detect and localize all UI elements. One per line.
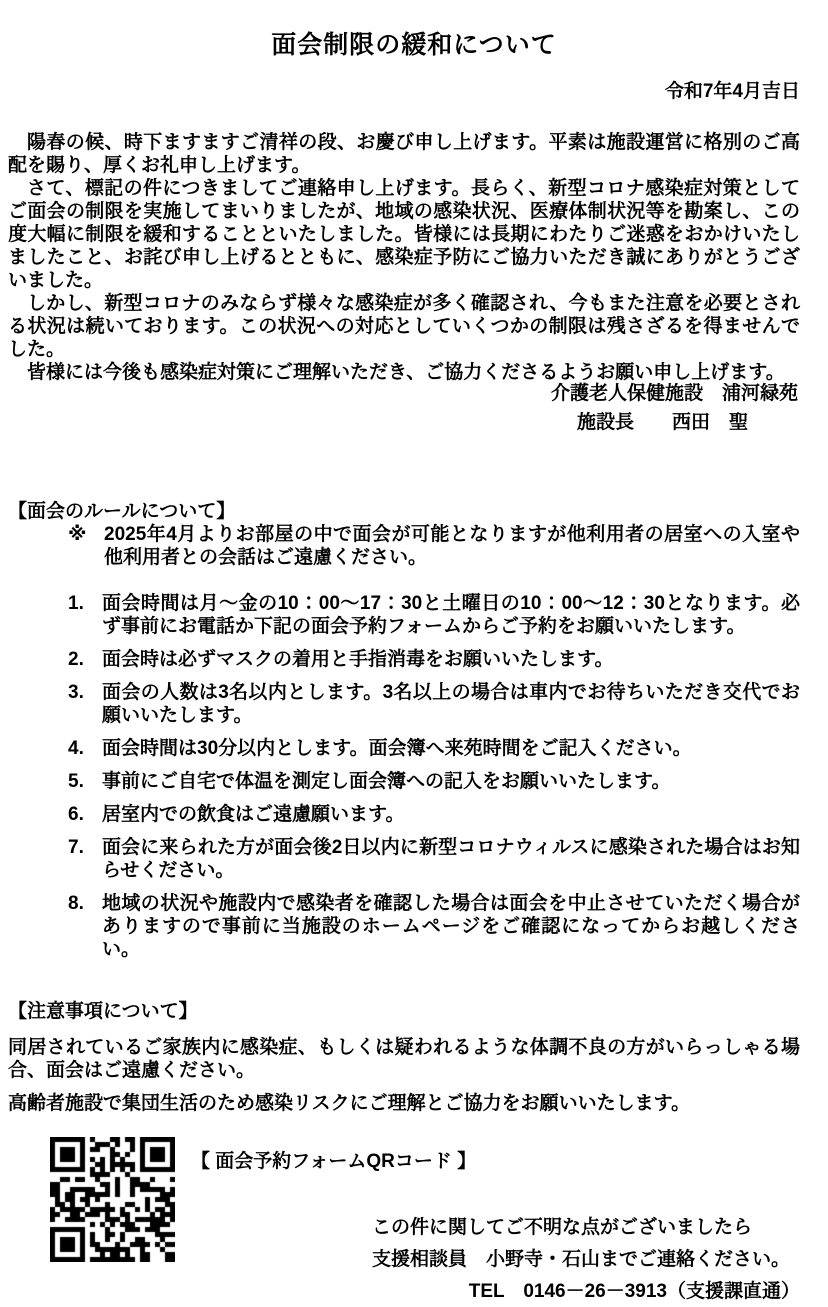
rule-item: 4. 面会時間は30分以内とします。面会簿へ来苑時間をご記入ください。 [68,737,800,760]
rule-text: 面会に来られた方が面会後2日以内に新型コロナウィルスに感染された場合はお知らせく… [102,836,800,882]
contact-line: 支援相談員 小野寺・石山までご連絡ください。 [372,1244,800,1276]
rule-item: 3. 面会の人数は3名以内とします。3名以上の場合は車内でお待ちいただき交代でお… [68,681,800,727]
rule-number: 8. [68,892,102,961]
greeting-paragraph: しかし、新型コロナのみならず様々な感染症が多く確認され、今もまた注意を必要とされ… [8,292,800,361]
rule-text: 面会時間は30分以内とします。面会簿へ来苑時間をご記入ください。 [102,737,800,760]
rule-number: 5. [68,770,102,793]
rule-number: 6. [68,803,102,826]
rule-number: 1. [68,592,102,638]
rules-section-heading: 【面会のルールについて】 [8,500,800,523]
rule-number: 7. [68,836,102,882]
rule-text: 事前にご自宅で体温を測定し面会簿への記入をお願いいたします。 [102,770,800,793]
rule-item: 8. 地域の状況や施設内で感染者を確認した場合は面会を中止させていただく場合があ… [68,892,800,961]
greeting-block: 陽春の候、時下ますますご清祥の段、お慶び申し上げます。平素は施設運営に格別のご高… [8,131,800,384]
precaution-paragraph: 同居されているご家族内に感染症、もしくは疑われるような体調不良の方がいらっしゃる… [8,1036,800,1082]
director-name: 施設長 西田 聖 [551,408,798,437]
rule-item: 1. 面会時間は月～金の10：00～17：30と土曜日の10：00～12：30と… [68,592,800,638]
rules-note: ※ 2025年4月よりお部屋の中で面会が可能となりますが他利用者の居室への入室や… [68,523,800,569]
rule-item: 6. 居室内での飲食はご遠慮願います。 [68,803,800,826]
document-page: 面会制限の緩和について 令和7年4月吉日 陽春の候、時下ますますご清祥の段、お慶… [0,0,828,1307]
rule-text: 面会時は必ずマスクの着用と手指消毒をお願いいたします。 [102,648,800,671]
rule-item: 2. 面会時は必ずマスクの着用と手指消毒をお願いいたします。 [68,648,800,671]
rule-text: 地域の状況や施設内で感染者を確認した場合は面会を中止させていただく場合があります… [102,892,800,961]
page-title: 面会制限の緩和について [0,25,828,61]
contact-line: この件に関してご不明な点がございましたら [372,1212,800,1244]
contact-block: この件に関してご不明な点がございましたら 支援相談員 小野寺・石山までご連絡くだ… [372,1212,800,1307]
signature-block: 介護老人保健施設 浦河緑苑 施設長 西田 聖 [551,379,798,437]
rule-text: 面会時間は月～金の10：00～17：30と土曜日の10：00～12：30となりま… [102,592,800,638]
rule-number: 3. [68,681,102,727]
greeting-paragraph: 陽春の候、時下ますますご清祥の段、お慶び申し上げます。平素は施設運営に格別のご高… [8,131,800,177]
visiting-rules-section: 【面会のルールについて】 ※ 2025年4月よりお部屋の中で面会が可能となります… [8,500,800,971]
precautions-section: 【注意事項について】 同居されているご家族内に感染症、もしくは疑われるような体調… [8,1000,800,1125]
note-marker: ※ [68,523,104,569]
rule-text: 面会の人数は3名以内とします。3名以上の場合は車内でお待ちいただき交代でお願いい… [102,681,800,727]
qr-caption: 【 面会予約フォームQRコード 】 [191,1146,476,1173]
facility-name: 介護老人保健施設 浦河緑苑 [551,379,798,408]
rule-number: 4. [68,737,102,760]
contact-phone: TEL 0146－26－3913（支援課直通） [372,1276,800,1307]
note-text: 2025年4月よりお部屋の中で面会が可能となりますが他利用者の居室への入室や他利… [104,523,800,569]
document-date: 令和7年4月吉日 [665,76,800,103]
rule-item: 5. 事前にご自宅で体温を測定し面会簿への記入をお願いいたします。 [68,770,800,793]
precautions-section-heading: 【注意事項について】 [8,1000,800,1023]
greeting-paragraph: さて、標記の件につきましてご連絡申し上げます。長らく、新型コロナ感染症対策として… [8,177,800,292]
qr-code [50,1137,175,1262]
precaution-paragraph: 高齢者施設で集団生活のため感染リスクにご理解とご協力をお願いいたします。 [8,1092,800,1115]
rule-text: 居室内での飲食はご遠慮願います。 [102,803,800,826]
rule-item: 7. 面会に来られた方が面会後2日以内に新型コロナウィルスに感染された場合はお知… [68,836,800,882]
rule-number: 2. [68,648,102,671]
